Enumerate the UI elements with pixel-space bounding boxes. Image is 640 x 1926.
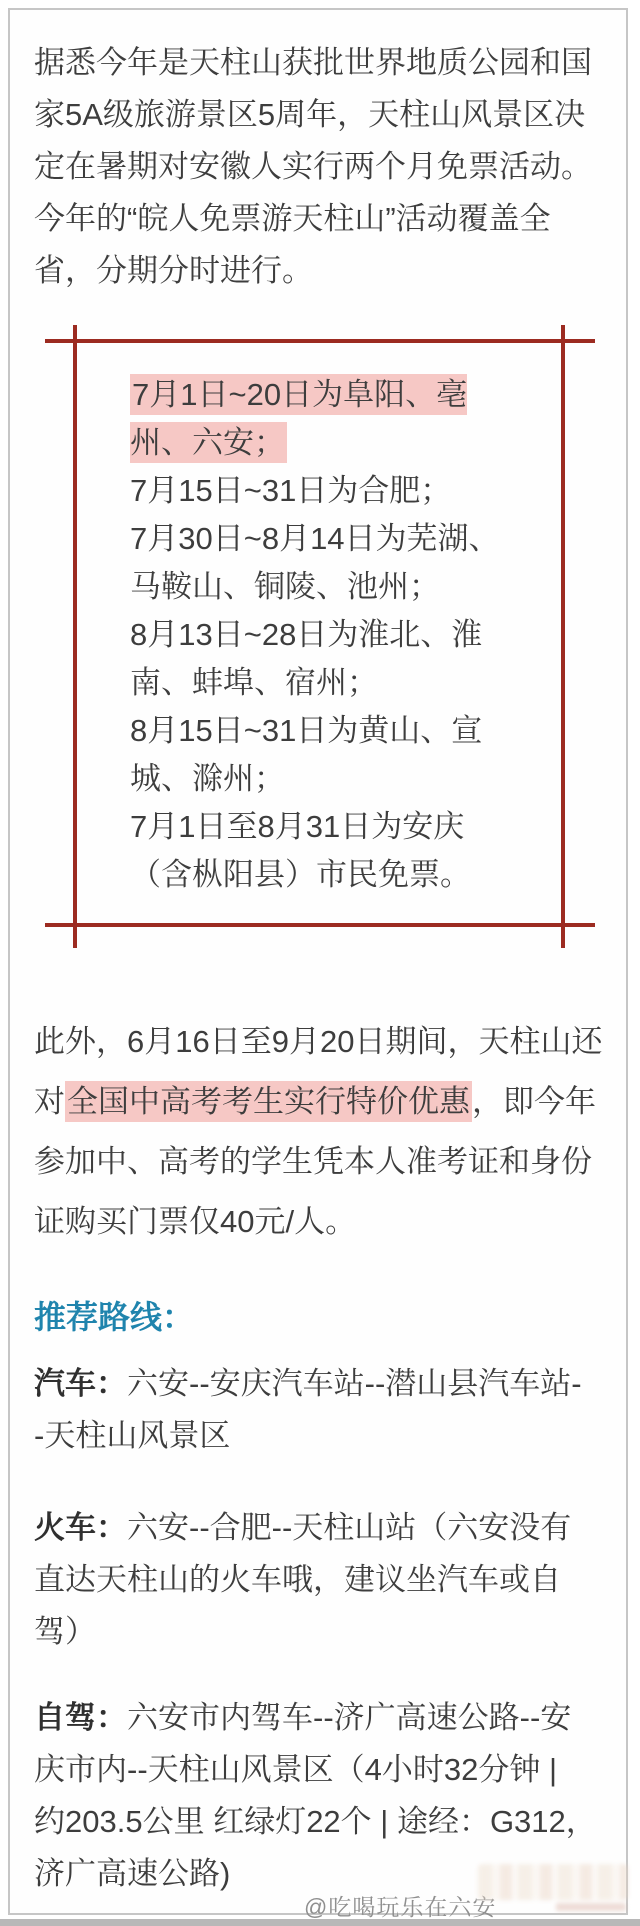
schedule-item: 7月1日至8月31日为安庆 （含枞阳县）市民免票。 <box>130 803 550 899</box>
article-content: 据悉今年是天柱山获批世界地质公园和国 家5A级旅游景区5周年，天柱山风景区决 定… <box>0 0 640 1900</box>
schedule-item: 7月15日~31日为合肥； <box>130 467 550 515</box>
schedule-box: 7月1日~20日为阜阳、亳 州、六安； 7月15日~31日为合肥； 7月30日~… <box>73 325 565 948</box>
text-run: 7月30日~8月14日为芜湖、 马鞍山、铜陵、池州； <box>130 521 500 604</box>
highlighted-text: 7月1日~20日为阜阳、亳 州、六安； <box>130 374 467 463</box>
box-border-top <box>45 339 595 343</box>
routes-heading: 推荐路线： <box>34 1291 610 1343</box>
box-border-right <box>561 325 565 948</box>
schedule-item: 7月1日~20日为阜阳、亳 州、六安； <box>130 371 550 467</box>
text-run: 8月13日~28日为淮北、淮 南、蚌埠、宿州； <box>130 617 482 700</box>
text-run: 7月15日~31日为合肥； <box>130 473 451 508</box>
highlighted-text: 全国中高考考生实行特价优惠 <box>65 1081 472 1122</box>
route-paragraph: 汽车：六安--安庆汽车站--潜山县汽车站- -天柱山风景区 <box>34 1358 610 1462</box>
box-border-bottom <box>45 923 595 927</box>
box-border-left <box>73 325 77 948</box>
bold-label: 汽车： <box>34 1366 127 1401</box>
intro-paragraph: 据悉今年是天柱山获批世界地质公园和国 家5A级旅游景区5周年，天柱山风景区决 定… <box>34 37 610 297</box>
routes-list: 汽车：六安--安庆汽车站--潜山县汽车站- -天柱山风景区 火车：六安--合肥-… <box>34 1358 610 1900</box>
route-paragraph: 火车：六安--合肥--天柱山站（六安没有 直达天柱山的火车哦，建议坐汽车或自 驾… <box>34 1502 610 1658</box>
text-run: 据悉今年是天柱山获批世界地质公园和国 家5A级旅游景区5周年，天柱山风景区决 定… <box>34 45 592 288</box>
schedule-list: 7月1日~20日为阜阳、亳 州、六安； 7月15日~31日为合肥； 7月30日~… <box>130 371 550 899</box>
bold-label: 自驾： <box>34 1700 127 1735</box>
text-run: 8月15日~31日为黄山、宣 城、滁州； <box>130 713 482 796</box>
route-paragraph: 自驾：六安市内驾车--济广高速公路--安 庆市内--天柱山风景区（4小时32分钟… <box>34 1692 610 1900</box>
image-bottom-edge <box>0 1919 640 1926</box>
bold-label: 火车： <box>34 1510 127 1545</box>
schedule-item: 8月15日~31日为黄山、宣 城、滁州； <box>130 707 550 803</box>
author-watermark: @吃喝玩乐在六安 <box>304 1893 496 1921</box>
text-run: 7月1日至8月31日为安庆 （含枞阳县）市民免票。 <box>130 809 471 892</box>
schedule-item: 7月30日~8月14日为芜湖、 马鞍山、铜陵、池州； <box>130 515 550 611</box>
student-offer-paragraph: 此外，6月16日至9月20日期间，天柱山还 对全国中高考考生实行特价优惠，即今年… <box>34 1012 610 1252</box>
schedule-item: 8月13日~28日为淮北、淮 南、蚌埠、宿州； <box>130 611 550 707</box>
